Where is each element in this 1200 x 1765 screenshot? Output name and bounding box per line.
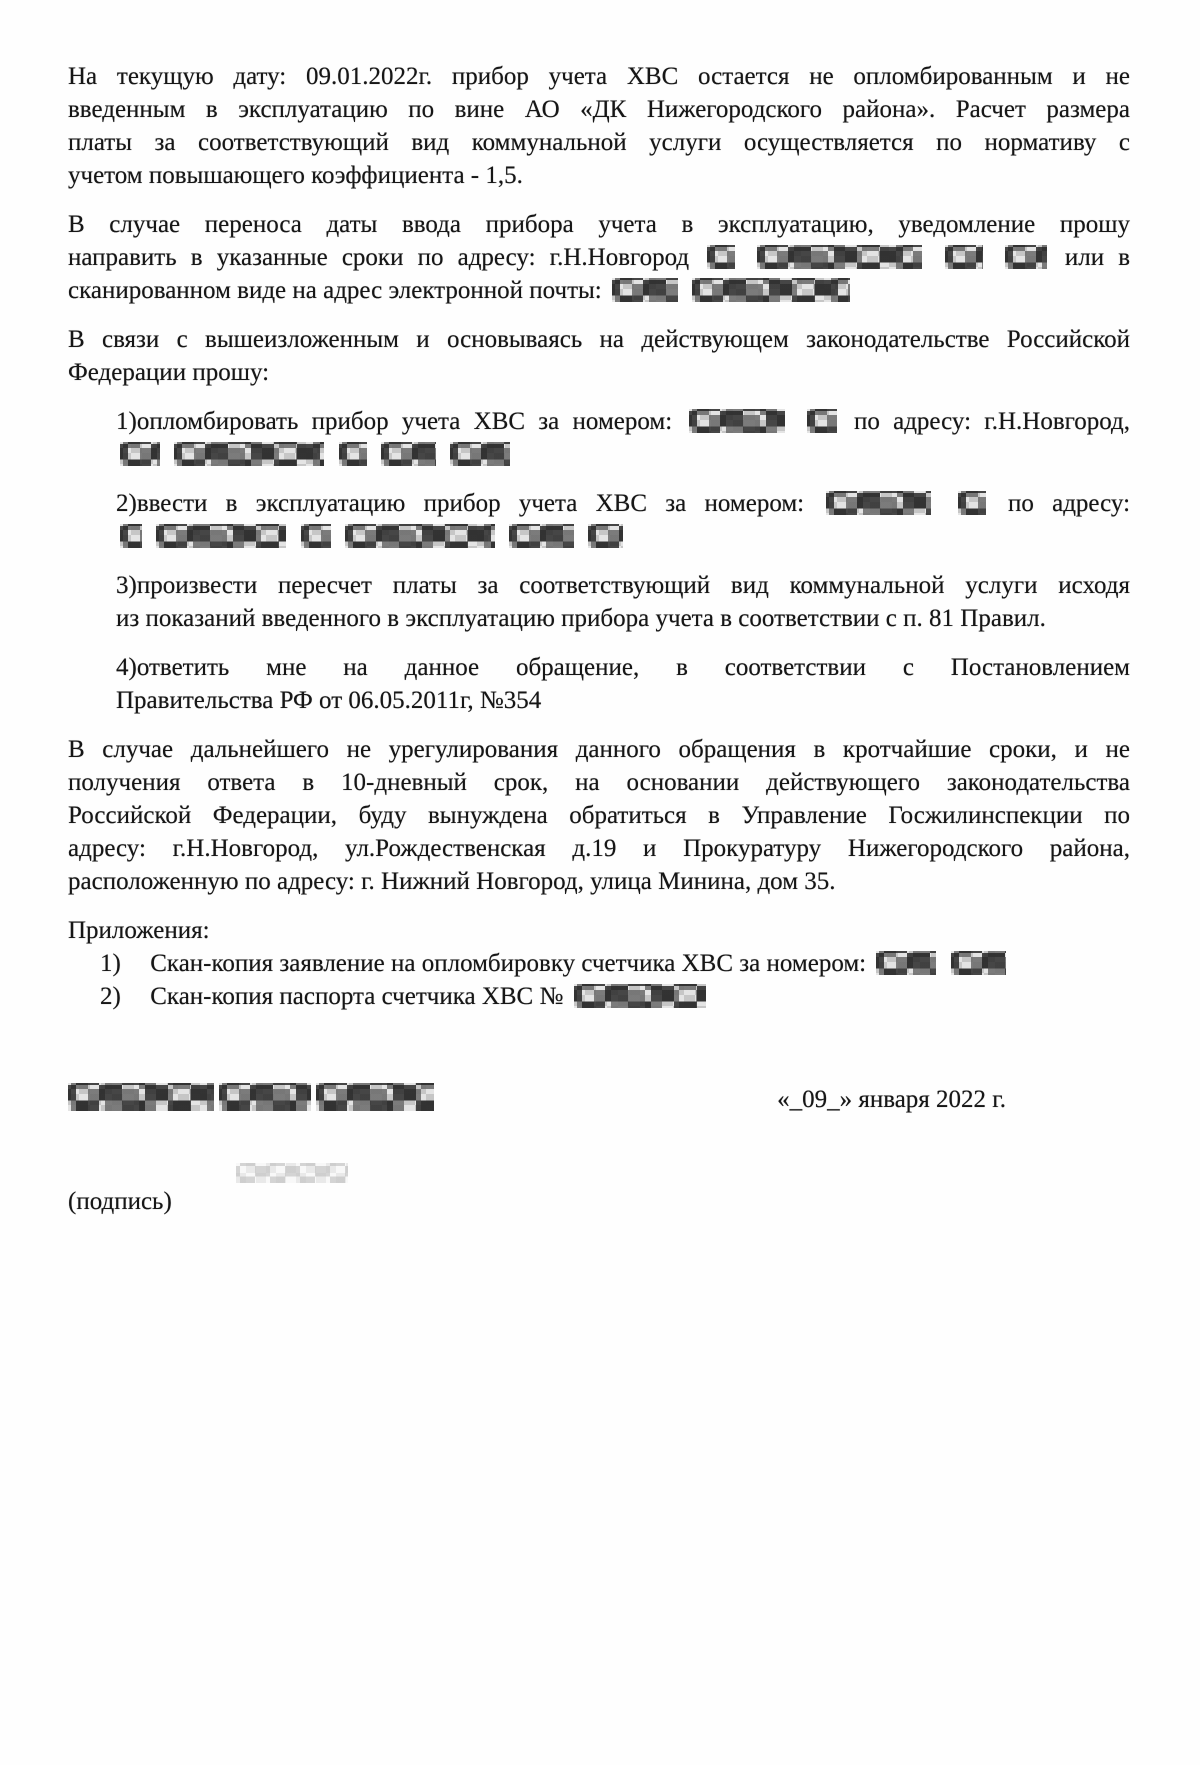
redacted-segment <box>951 951 1006 975</box>
redacted-segment <box>509 524 574 548</box>
text-segment: 2) <box>100 980 144 1013</box>
text-line: На текущую дату: 09.01.2022г. прибор уче… <box>68 60 1130 93</box>
document-body: На текущую дату: 09.01.2022г. прибор уче… <box>68 60 1130 1013</box>
text-line: введенным в эксплуатацию по вине АО «ДК … <box>68 93 1130 126</box>
text-segment: получения ответа в 10-дневный срок, на о… <box>68 769 1130 796</box>
text-segment: расположенную по адресу: г. Нижний Новго… <box>68 868 836 895</box>
redacted-segment <box>174 442 324 466</box>
text-line: Правительства РФ от 06.05.2011г, №354 <box>116 684 1130 717</box>
text-segment: Скан-копия паспорта счетчика ХВС № <box>150 983 563 1010</box>
para-notification-request: В случае переноса даты ввода прибора уче… <box>68 208 1130 307</box>
attachment-item-1: 1) Скан-копия заявление на опломбировку … <box>100 947 1130 980</box>
text-segment: учетом повышающего коэффициента - 1,5. <box>68 162 523 189</box>
request-item-4-respond: 4)ответить мне на данное обращение, в со… <box>116 651 1130 717</box>
text-segment: 1) <box>100 947 144 980</box>
text-line: Приложения: <box>68 914 1130 947</box>
redacted-segment <box>876 951 936 975</box>
text-segment: или в <box>1065 244 1130 271</box>
redacted-segment <box>120 442 160 466</box>
text-line: адресу: г.Н.Новгород, ул.Рождественская … <box>68 832 1130 865</box>
redacted-segment <box>156 524 286 548</box>
text-segment: В случае дальнейшего не урегулирования д… <box>68 736 1130 763</box>
text-segment: 3)произвести пересчет платы за соответст… <box>116 572 1130 599</box>
redacted-segment <box>339 442 367 466</box>
text-segment: В случае переноса даты ввода прибора уче… <box>68 211 1130 238</box>
text-line: учетом повышающего коэффициента - 1,5. <box>68 159 1130 192</box>
text-line: 2) Скан-копия паспорта счетчика ХВС № <box>100 980 1130 1013</box>
text-segment: Правительства РФ от 06.05.2011г, №354 <box>116 687 541 714</box>
redacted-segment <box>945 245 983 269</box>
text-line: В случае дальнейшего не урегулирования д… <box>68 733 1130 766</box>
redacted-segment <box>574 984 706 1008</box>
text-line <box>116 520 1130 553</box>
redacted-segment <box>345 524 495 548</box>
redacted-segment <box>1005 245 1047 269</box>
signature-label: (подпись) <box>68 1185 1130 1218</box>
text-segment: из показаний введенного в эксплуатацию п… <box>116 605 1046 632</box>
text-segment: 2)ввести в эксплуатацию прибор учета ХВС… <box>116 490 804 517</box>
text-segment: 4)ответить мне на данное обращение, в со… <box>116 654 1130 681</box>
text-line: из показаний введенного в эксплуатацию п… <box>116 602 1130 635</box>
text-line: 1) Скан-копия заявление на опломбировку … <box>100 947 1130 980</box>
attachment-item-2: 2) Скан-копия паспорта счетчика ХВС № <box>100 980 1130 1013</box>
text-line: платы за соответствующий вид коммунально… <box>68 126 1130 159</box>
redacted-segment <box>301 524 331 548</box>
text-segment: платы за соответствующий вид коммунально… <box>68 129 1130 156</box>
text-line: Федерации прошу: <box>68 356 1130 389</box>
redacted-segment <box>958 491 986 515</box>
request-item-3-recalculate: 3)произвести пересчет платы за соответст… <box>116 569 1130 635</box>
redacted-name-segment <box>219 1083 311 1111</box>
text-line: направить в указанные сроки по адресу: г… <box>68 241 1130 274</box>
text-segment: по адресу: <box>1008 490 1130 517</box>
text-line: В случае переноса даты ввода прибора уче… <box>68 208 1130 241</box>
document-page: На текущую дату: 09.01.2022г. прибор уче… <box>0 0 1200 1765</box>
attachments-heading: Приложения: <box>68 914 1130 947</box>
text-segment: направить в указанные сроки по адресу: г… <box>68 244 689 271</box>
request-item-2-commission-meter: 2)ввести в эксплуатацию прибор учета ХВС… <box>116 487 1130 553</box>
redacted-segment <box>826 491 931 515</box>
text-line: сканированном виде на адрес электронной … <box>68 274 1130 307</box>
text-segment: адресу: г.Н.Новгород, ул.Рождественская … <box>68 835 1130 862</box>
text-segment: На текущую дату: 09.01.2022г. прибор уче… <box>68 63 1130 90</box>
text-segment: сканированном виде на адрес электронной … <box>68 277 602 304</box>
redacted-segment <box>692 278 850 302</box>
redacted-name-segment <box>68 1083 214 1111</box>
redacted-segment <box>450 442 510 466</box>
signature-row: «_09_» января 2022 г. <box>68 1083 1130 1116</box>
text-line <box>116 438 1130 471</box>
text-line: расположенную по адресу: г. Нижний Новго… <box>68 865 1130 898</box>
redacted-segment <box>120 524 142 548</box>
handwritten-signature-redacted <box>236 1155 1130 1175</box>
text-line: получения ответа в 10-дневный срок, на о… <box>68 766 1130 799</box>
text-segment: по адресу: г.Н.Новгород, <box>854 408 1130 435</box>
text-segment: 1)опломбировать прибор учета ХВС за номе… <box>116 408 672 435</box>
text-segment: Российской Федерации, буду вынуждена обр… <box>68 802 1130 829</box>
text-segment: Скан-копия заявление на опломбировку сче… <box>150 950 866 977</box>
text-segment: введенным в эксплуатацию по вине АО «ДК … <box>68 96 1130 123</box>
redacted-segment <box>707 245 735 269</box>
redacted-segment <box>612 278 678 302</box>
para-meter-status: На текущую дату: 09.01.2022г. прибор уче… <box>68 60 1130 192</box>
redacted-segment <box>689 409 785 433</box>
redacted-segment <box>807 409 837 433</box>
redacted-segment <box>757 245 922 269</box>
text-line: 1)опломбировать прибор учета ХВС за номе… <box>116 405 1130 438</box>
text-line: В связи с вышеизложенным и основываясь н… <box>68 323 1130 356</box>
text-line: 2)ввести в эксплуатацию прибор учета ХВС… <box>116 487 1130 520</box>
redacted-segment <box>588 524 623 548</box>
document-date: «_09_» января 2022 г. <box>777 1083 1006 1116</box>
text-line: 3)произвести пересчет платы за соответст… <box>116 569 1130 602</box>
text-segment: Приложения: <box>68 917 210 944</box>
redacted-segment <box>381 442 436 466</box>
text-segment: В связи с вышеизложенным и основываясь н… <box>68 326 1130 353</box>
para-escalation-warning: В случае дальнейшего не урегулирования д… <box>68 733 1130 898</box>
text-line: 4)ответить мне на данное обращение, в со… <box>116 651 1130 684</box>
redacted-name-segment <box>316 1083 434 1111</box>
request-item-1-seal-meter: 1)опломбировать прибор учета ХВС за номе… <box>116 405 1130 471</box>
para-request-intro: В связи с вышеизложенным и основываясь н… <box>68 323 1130 389</box>
text-line: Российской Федерации, буду вынуждена обр… <box>68 799 1130 832</box>
redacted-signature-segment <box>236 1163 348 1183</box>
text-segment: Федерации прошу: <box>68 359 269 386</box>
applicant-name-redacted <box>68 1083 439 1116</box>
